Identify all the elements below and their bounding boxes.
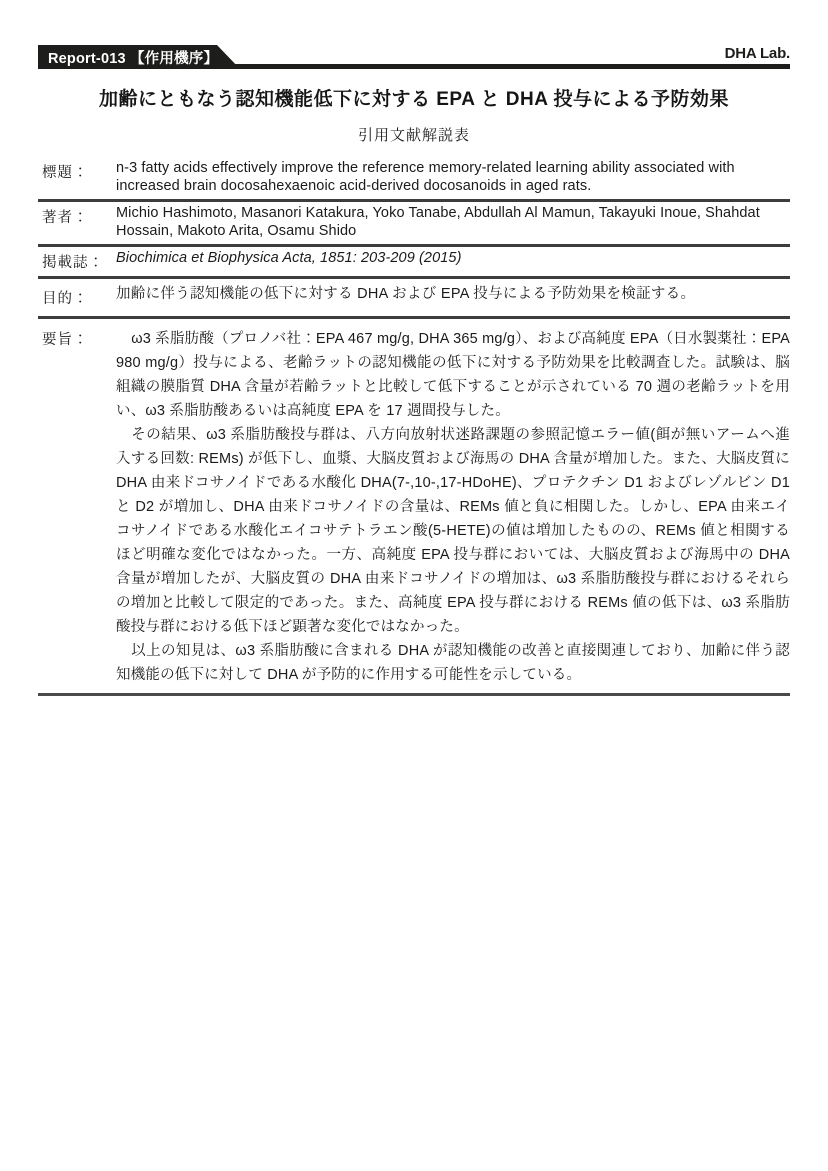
authors-value: Michio Hashimoto, Masanori Katakura, Yok… [116, 205, 790, 240]
page-subtitle: 引用文献解説表 [38, 124, 790, 145]
report-number-badge: Report-013 【作用機序】 [38, 45, 240, 69]
abstract-label: 要旨： [42, 327, 116, 687]
document-body: 加齢にともなう認知機能低下に対する EPA と DHA 投与による予防効果 引用… [38, 84, 790, 696]
citation-table: 標題： n-3 fatty acids effectively improve … [38, 157, 790, 696]
journal-label: 掲載誌： [42, 250, 116, 272]
abstract-paragraph-1: ω3 系脂肪酸（プロノバ社：EPA 467 mg/g, DHA 365 mg/g… [116, 327, 790, 423]
article-title-value: n-3 fatty acids effectively improve the … [116, 160, 790, 195]
dha-lab-logo: DHA Lab. [725, 45, 790, 62]
report-number-label: Report-013 【作用機序】 [38, 47, 218, 68]
page-title: 加齢にともなう認知機能低下に対する EPA と DHA 投与による予防効果 [38, 84, 790, 111]
purpose-label: 目的： [42, 286, 116, 308]
purpose-value: 加齢に伴う認知機能の低下に対する DHA および EPA 投与による予防効果を検… [116, 286, 790, 308]
article-title-label: 標題： [42, 160, 116, 195]
authors-label: 著者： [42, 205, 116, 240]
abstract-value: ω3 系脂肪酸（プロノバ社：EPA 467 mg/g, DHA 365 mg/g… [116, 327, 790, 687]
abstract-paragraph-3: 以上の知見は、ω3 系脂肪酸に含まれる DHA が認知機能の改善と直接関連してお… [116, 639, 790, 687]
row-journal: 掲載誌： Biochimica et Biophysica Acta, 1851… [38, 247, 790, 279]
row-abstract: 要旨： ω3 系脂肪酸（プロノバ社：EPA 467 mg/g, DHA 365 … [38, 319, 790, 696]
report-page: Report-013 【作用機序】 DHA Lab. 加齢にともなう認知機能低下… [0, 0, 828, 1171]
row-authors: 著者： Michio Hashimoto, Masanori Katakura,… [38, 202, 790, 247]
abstract-paragraph-2: その結果、ω3 系脂肪酸投与群は、八方向放射状迷路課題の参照記憶エラー値(餌が無… [116, 423, 790, 639]
row-article-title: 標題： n-3 fatty acids effectively improve … [38, 157, 790, 202]
journal-value: Biochimica et Biophysica Acta, 1851: 203… [116, 250, 790, 272]
row-purpose: 目的： 加齢に伴う認知機能の低下に対する DHA および EPA 投与による予防… [38, 279, 790, 319]
